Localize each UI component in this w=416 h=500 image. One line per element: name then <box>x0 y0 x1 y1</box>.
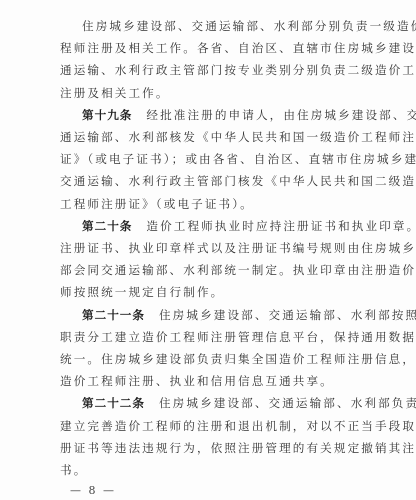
text-line: 通运输、水利行政主管部门按专业类别分别负责二级造价工程师 <box>60 63 370 77</box>
article-20-first-line: 第二十条造价工程师执业时应持注册证书和执业印章。 <box>82 219 370 233</box>
text-line: 住房城乡建设部、交通运输部、水利部负责 <box>159 396 416 410</box>
text-line: 交通运输、水利行政主管部门核发《中华人民共和国二级造价 <box>60 174 370 188</box>
text-line: 统一。住房城乡建设部负责归集全国造价工程师注册信息，促进 <box>60 352 370 366</box>
text-line: 建立完善造价工程师的注册和退出机制，对以不正当手段取得注 <box>60 419 370 433</box>
text-line: 注册及相关工作。 <box>60 86 370 100</box>
text-line: 注册证书、执业印章样式以及注册证书编号规则由住房城乡建设 <box>60 241 370 255</box>
text-line: 工程师注册证》（或电子证书）。 <box>60 197 370 211</box>
text-line: 通运输部、水利部核发《中华人民共和国一级造价工程师注册 <box>60 130 370 144</box>
text-line: 册证书等违法违规行为，依照注册管理的有关规定撤销其注册证 <box>60 441 370 455</box>
text-line: 书。 <box>60 463 370 477</box>
text-line: 部会同交通运输部、水利部统一制定。执业印章由注册造价工程 <box>60 263 370 277</box>
article-19-first-line: 第十九条经批准注册的申请人，由住房城乡建设部、交 <box>82 108 370 122</box>
text-line: 职责分工建立造价工程师注册管理信息平台，保持通用数据标准 <box>60 330 370 344</box>
text-line: 程师注册及相关工作。各省、自治区、直辖市住房城乡建设、交 <box>60 41 370 55</box>
text-line: 造价工程师注册、执业和信用信息互通共享。 <box>60 374 370 388</box>
article-heading-21: 第二十一条 <box>82 308 145 322</box>
text-line: 造价工程师执业时应持注册证书和执业印章。 <box>146 219 416 233</box>
text-line: 经批准注册的申请人，由住房城乡建设部、交 <box>146 108 416 122</box>
article-21-first-line: 第二十一条住房城乡建设部、交通运输部、水利部按照 <box>82 308 370 322</box>
article-22-first-line: 第二十二条住房城乡建设部、交通运输部、水利部负责 <box>82 396 370 410</box>
text-line: 住房城乡建设部、交通运输部、水利部分别负责一级造价工 <box>82 19 370 33</box>
text-line: 住房城乡建设部、交通运输部、水利部按照 <box>159 308 416 322</box>
text-line: 师按照统一规定自行制作。 <box>60 285 370 299</box>
article-heading-20: 第二十条 <box>82 219 132 233</box>
article-heading-19: 第十九条 <box>82 108 132 122</box>
page-number: — 8 — <box>70 484 116 497</box>
document-page: 住房城乡建设部、交通运输部、水利部分别负责一级造价工 程师注册及相关工作。各省、… <box>0 0 416 500</box>
text-line: 证》（或电子证书）；或由各省、自治区、直辖市住房城乡建设、 <box>60 152 370 166</box>
article-heading-22: 第二十二条 <box>82 396 145 410</box>
